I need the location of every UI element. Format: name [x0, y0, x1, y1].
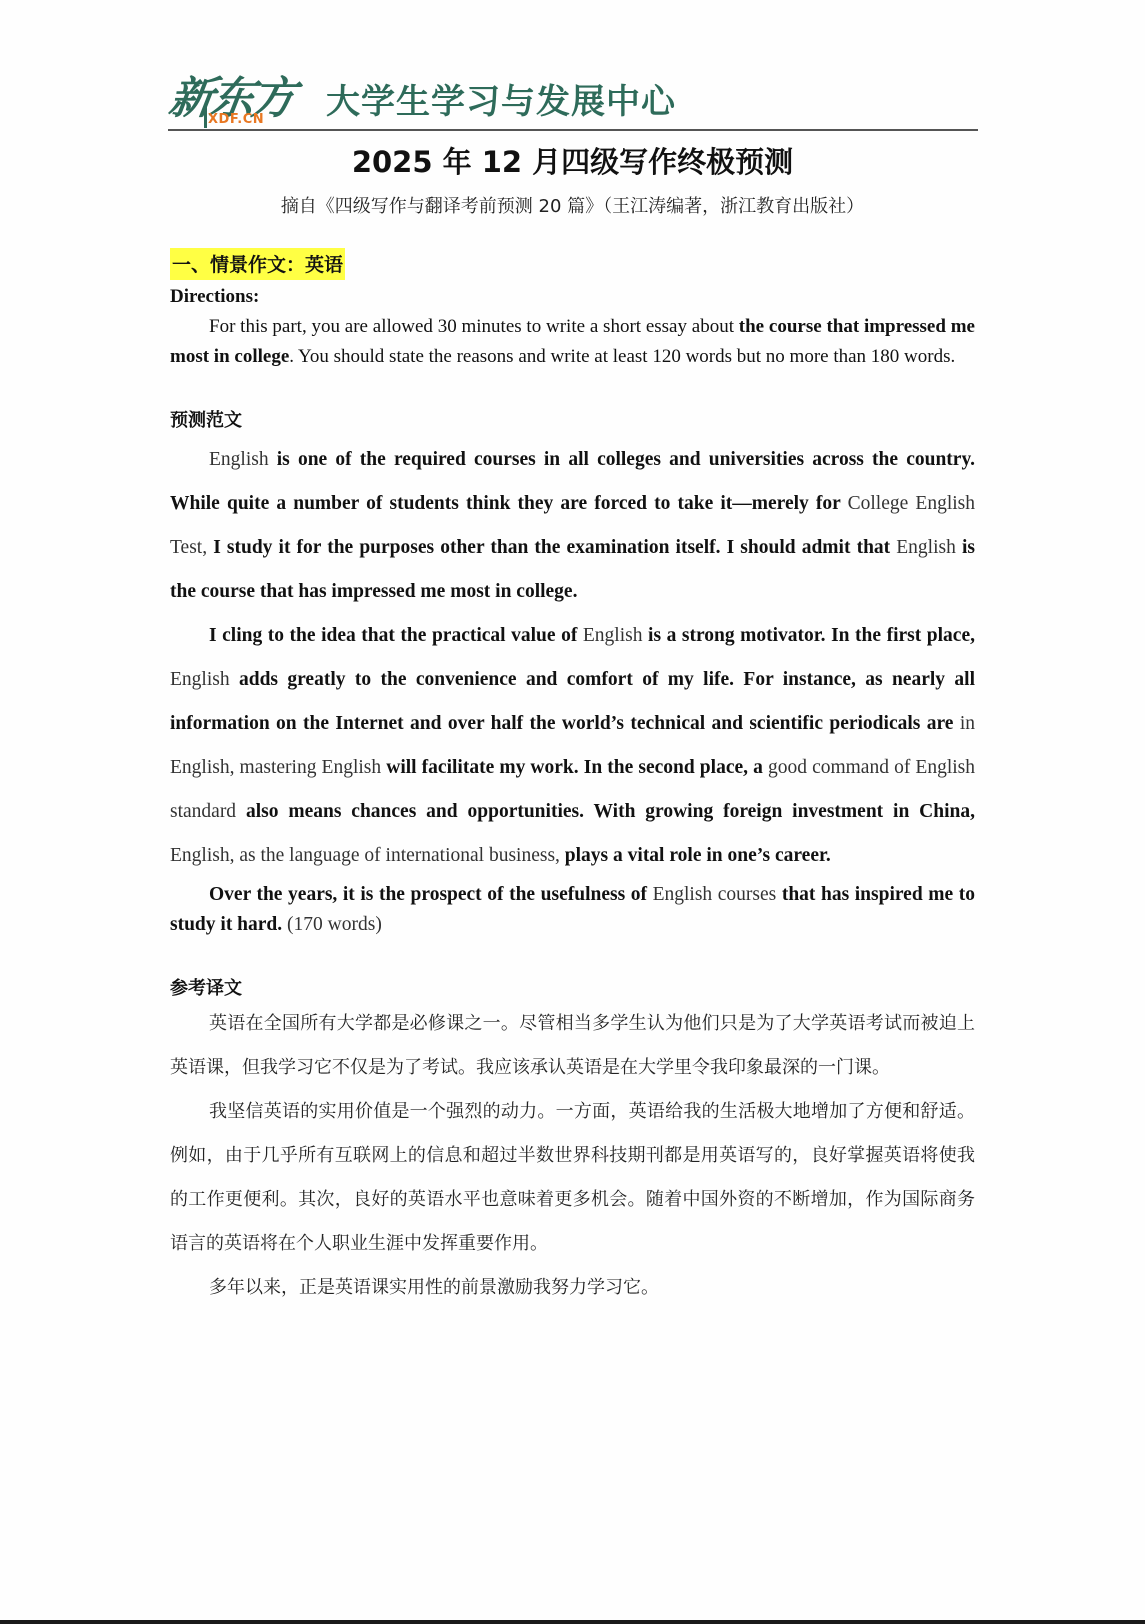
- translation-label: 参考译文: [170, 974, 975, 1000]
- logo-bar: [204, 106, 207, 128]
- translation-paragraph: 我坚信英语的实用价值是一个强烈的动力。一方面，英语给我的生活极大地增加了方便和舒…: [170, 1090, 975, 1266]
- essay-paragraph: Over the years, it is the prospect of th…: [170, 880, 975, 940]
- document-body: 一、情景作文：英语 Directions: For this part, you…: [170, 248, 975, 1310]
- bottom-edge: [0, 1620, 1145, 1624]
- page-header: 新东方 XDF.CN 大学生学习与发展中心: [168, 68, 978, 132]
- xdf-logo: 新东方 XDF.CN: [168, 68, 303, 130]
- essay-bold-run: I study it for the purposes other than t…: [213, 537, 896, 558]
- document-title: 2025 年 12 月四级写作终极预测: [0, 140, 1145, 181]
- directions-label: Directions:: [170, 286, 975, 308]
- essay-bold-run: I cling to the idea that the practical v…: [209, 625, 583, 646]
- essay-paragraph: English is one of the required courses i…: [170, 438, 975, 614]
- translation-paragraph: 多年以来，正是英语课实用性的前景激励我努力学习它。: [170, 1266, 975, 1310]
- essay-bold-run: will facilitate my work. In the second p…: [386, 757, 768, 778]
- directions-text: For this part, you are allowed 30 minute…: [170, 312, 975, 372]
- essay-plain-run: English: [583, 625, 648, 646]
- essay-paragraph: I cling to the idea that the practical v…: [170, 614, 975, 878]
- sample-essay-label: 预测范文: [170, 406, 975, 432]
- essay-plain-run: English courses: [653, 884, 782, 905]
- essay-plain-run: English: [209, 449, 277, 470]
- section-heading: 一、情景作文：英语: [170, 248, 345, 280]
- essay-plain-run: (170 words): [282, 914, 382, 935]
- sample-essay: English is one of the required courses i…: [170, 438, 975, 940]
- header-divider: [168, 129, 978, 131]
- translation-paragraph: 英语在全国所有大学都是必修课之一。尽管相当多学生认为他们只是为了大学英语考试而被…: [170, 1002, 975, 1090]
- document-source: 摘自《四级写作与翻译考前预测 20 篇》（王江涛编著，浙江教育出版社）: [0, 192, 1145, 218]
- essay-plain-run: English: [896, 537, 962, 558]
- essay-bold-run: adds greatly to the convenience and comf…: [170, 669, 975, 734]
- essay-plain-run: English, as the language of internationa…: [170, 845, 565, 866]
- essay-bold-run: is a strong motivator. In the first plac…: [648, 625, 975, 646]
- document-page: 新东方 XDF.CN 大学生学习与发展中心 2025 年 12 月四级写作终极预…: [0, 0, 1145, 1620]
- directions-part: . You should state the reasons and write…: [289, 346, 955, 367]
- reference-translation: 英语在全国所有大学都是必修课之一。尽管相当多学生认为他们只是为了大学英语考试而被…: [170, 1002, 975, 1310]
- essay-bold-run: plays a vital role in one’s career.: [565, 845, 831, 866]
- center-name: 大学生学习与发展中心: [326, 74, 676, 123]
- essay-bold-run: Over the years, it is the prospect of th…: [209, 884, 653, 905]
- essay-bold-run: also means chances and opportunities. Wi…: [246, 801, 975, 822]
- directions-part: For this part, you are allowed 30 minute…: [209, 316, 739, 337]
- essay-plain-run: English: [170, 669, 239, 690]
- logo-english-text: XDF.CN: [208, 112, 264, 127]
